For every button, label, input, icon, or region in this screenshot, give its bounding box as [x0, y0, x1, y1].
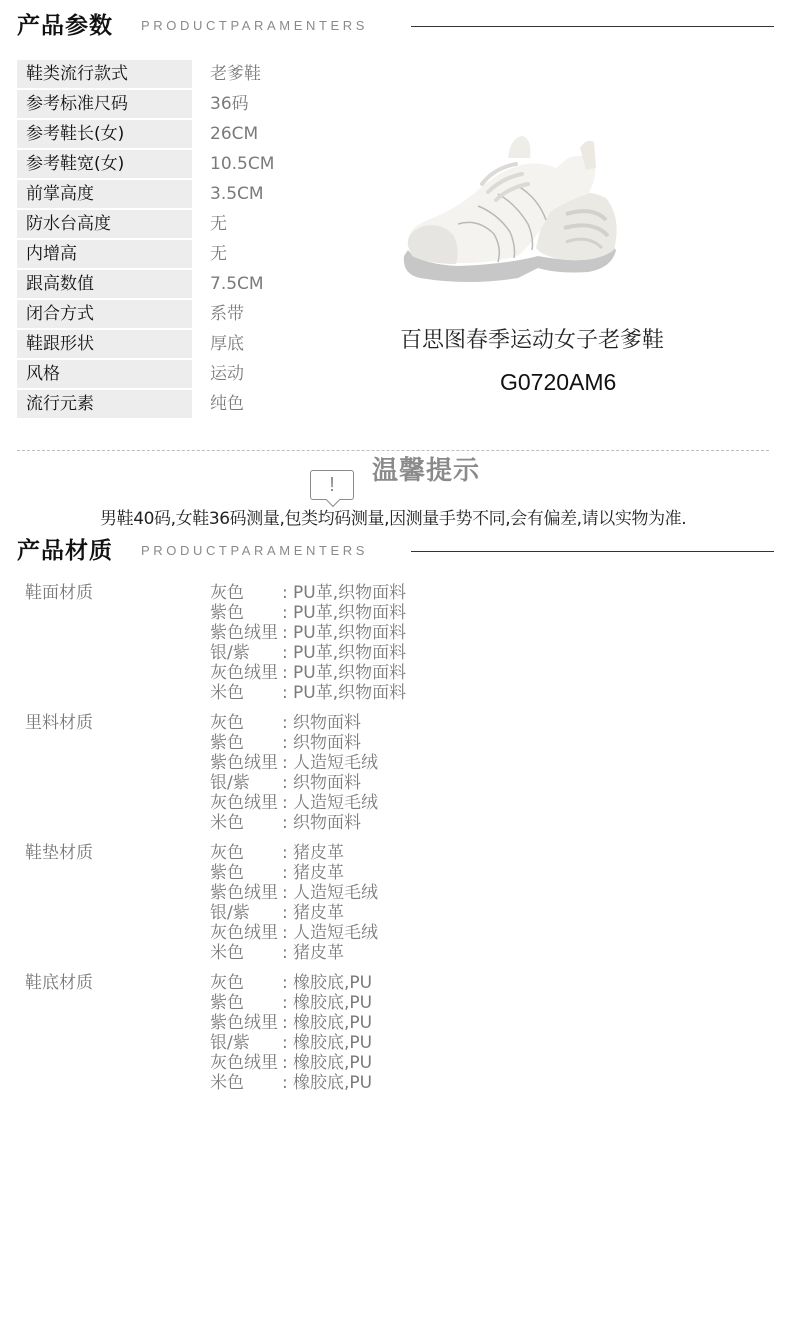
- material-line: 灰色绒里:PU革,织物面料: [210, 663, 406, 683]
- material-line: 紫色绒里:PU革,织物面料: [210, 623, 406, 643]
- param-row: 流行元素纯色: [17, 390, 297, 420]
- param-row: 参考鞋长(女)26CM: [17, 120, 297, 150]
- materials-section-header: 产品材质 PRODUCTPARAMENTERS: [17, 533, 774, 569]
- material-line: 米色:猪皮革: [210, 943, 378, 963]
- section-title: 产品参数: [17, 8, 113, 44]
- material-group-label: 里料材质: [25, 713, 93, 733]
- param-row: 前掌高度3.5CM: [17, 180, 297, 210]
- param-key: 鞋类流行款式: [17, 60, 192, 88]
- section-subtitle: PRODUCTPARAMENTERS: [141, 8, 368, 44]
- product-name: 百思图春季运动女子老爹鞋: [400, 325, 664, 357]
- param-row: 鞋跟形状厚底: [17, 330, 297, 360]
- param-row: 跟高数值7.5CM: [17, 270, 297, 300]
- material-line: 紫色:橡胶底,PU: [210, 993, 372, 1013]
- material-line: 银/紫:猪皮革: [210, 903, 378, 923]
- param-key: 参考鞋长(女): [17, 120, 192, 148]
- material-line: 米色:PU革,织物面料: [210, 683, 406, 703]
- param-row: 防水台高度无: [17, 210, 297, 240]
- param-key: 内增高: [17, 240, 192, 268]
- material-group-label: 鞋面材质: [25, 583, 93, 603]
- material-line: 紫色:PU革,织物面料: [210, 603, 406, 623]
- param-key: 前掌高度: [17, 180, 192, 208]
- param-key: 参考标准尺码: [17, 90, 192, 118]
- material-group-lining: 里料材质 灰色:织物面料 紫色:织物面料 紫色绒里:人造短毛绒 银/紫:织物面料…: [25, 713, 525, 843]
- material-line: 紫色:织物面料: [210, 733, 378, 753]
- param-key: 鞋跟形状: [17, 330, 192, 358]
- param-value: 老爹鞋: [210, 60, 261, 88]
- param-value: 36码: [210, 90, 249, 118]
- divider: [411, 551, 774, 552]
- material-line: 灰色绒里:人造短毛绒: [210, 793, 378, 813]
- param-value: 运动: [210, 360, 244, 388]
- material-line: 紫色绒里:橡胶底,PU: [210, 1013, 372, 1033]
- param-key: 风格: [17, 360, 192, 388]
- param-value: 7.5CM: [210, 270, 264, 298]
- material-line: 灰色绒里:人造短毛绒: [210, 923, 378, 943]
- material-line: 灰色:PU革,织物面料: [210, 583, 406, 603]
- material-group-label: 鞋底材质: [25, 973, 93, 993]
- param-key: 流行元素: [17, 390, 192, 418]
- material-line: 灰色:橡胶底,PU: [210, 973, 372, 993]
- param-key: 跟高数值: [17, 270, 192, 298]
- divider: [411, 26, 774, 27]
- param-row: 鞋类流行款式老爹鞋: [17, 60, 297, 90]
- tip-title: 温馨提示: [372, 454, 480, 488]
- param-value: 26CM: [210, 120, 258, 148]
- dashed-divider: [17, 450, 769, 451]
- material-line: 米色:橡胶底,PU: [210, 1073, 372, 1093]
- material-line: 灰色:织物面料: [210, 713, 378, 733]
- product-code: G0720AM6: [500, 366, 616, 398]
- param-key: 防水台高度: [17, 210, 192, 238]
- param-row: 风格运动: [17, 360, 297, 390]
- param-value: 无: [210, 240, 227, 268]
- tip-text: 男鞋40码,女鞋36码测量,包类均码测量,因测量手势不同,会有偏差,请以实物为准…: [100, 506, 686, 532]
- param-value: 3.5CM: [210, 180, 264, 208]
- section-title: 产品材质: [17, 533, 113, 569]
- param-key: 参考鞋宽(女): [17, 150, 192, 178]
- material-line: 紫色:猪皮革: [210, 863, 378, 883]
- material-group-label: 鞋垫材质: [25, 843, 93, 863]
- material-line: 灰色:猪皮革: [210, 843, 378, 863]
- material-line: 银/紫:橡胶底,PU: [210, 1033, 372, 1053]
- param-key: 闭合方式: [17, 300, 192, 328]
- param-value: 纯色: [210, 390, 244, 418]
- params-table: 鞋类流行款式老爹鞋 参考标准尺码36码 参考鞋长(女)26CM 参考鞋宽(女)1…: [17, 60, 297, 420]
- param-row: 闭合方式系带: [17, 300, 297, 330]
- param-row: 参考标准尺码36码: [17, 90, 297, 120]
- param-value: 系带: [210, 300, 244, 328]
- param-value: 10.5CM: [210, 150, 274, 178]
- materials-list: 鞋面材质 灰色:PU革,织物面料 紫色:PU革,织物面料 紫色绒里:PU革,织物…: [25, 583, 525, 1103]
- product-image-sneaker: [398, 128, 624, 293]
- material-line: 紫色绒里:人造短毛绒: [210, 883, 378, 903]
- param-row: 内增高无: [17, 240, 297, 270]
- material-line: 紫色绒里:人造短毛绒: [210, 753, 378, 773]
- material-line: 米色:织物面料: [210, 813, 378, 833]
- param-row: 参考鞋宽(女)10.5CM: [17, 150, 297, 180]
- param-value: 无: [210, 210, 227, 238]
- param-value: 厚底: [210, 330, 244, 358]
- exclamation-speech-bubble-icon: !: [310, 470, 354, 500]
- material-group-outsole: 鞋底材质 灰色:橡胶底,PU 紫色:橡胶底,PU 紫色绒里:橡胶底,PU 银/紫…: [25, 973, 525, 1103]
- section-subtitle: PRODUCTPARAMENTERS: [141, 533, 368, 569]
- material-line: 银/紫:PU革,织物面料: [210, 643, 406, 663]
- material-group-upper: 鞋面材质 灰色:PU革,织物面料 紫色:PU革,织物面料 紫色绒里:PU革,织物…: [25, 583, 525, 713]
- material-group-insole: 鞋垫材质 灰色:猪皮革 紫色:猪皮革 紫色绒里:人造短毛绒 银/紫:猪皮革 灰色…: [25, 843, 525, 973]
- material-line: 银/紫:织物面料: [210, 773, 378, 793]
- params-section-header: 产品参数 PRODUCTPARAMENTERS: [17, 8, 774, 44]
- material-line: 灰色绒里:橡胶底,PU: [210, 1053, 372, 1073]
